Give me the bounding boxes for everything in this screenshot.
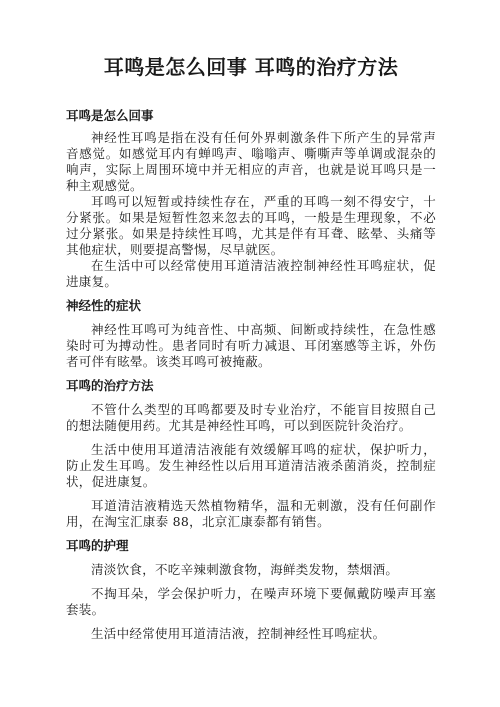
page-title: 耳鸣是怎么回事 耳鸣的治疗方法 bbox=[66, 54, 436, 80]
paragraph: 在生活中可以经常使用耳道清洁液控制神经性耳鸣症状，促进康复。 bbox=[66, 258, 436, 290]
paragraph: 耳道清洁液精选天然植物精华，温和无刺激，没有任何副作用，在淘宝汇康泰 88，北京… bbox=[66, 498, 436, 530]
section: 神经性的症状神经性耳鸣可为纯音性、中高频、间断或持续性，在急性感染时可为搏动性。… bbox=[66, 298, 436, 370]
section-heading: 耳鸣是怎么回事 bbox=[66, 108, 436, 124]
section-heading: 耳鸣的治疗方法 bbox=[66, 378, 436, 394]
section-heading: 耳鸣的护理 bbox=[66, 538, 436, 554]
document-content: 耳鸣是怎么回事神经性耳鸣是指在没有任何外界刺激条件下所产生的异常声音感觉。如感觉… bbox=[66, 108, 436, 642]
paragraph: 耳鸣可以短暂或持续性存在，严重的耳鸣一刻不得安宁，十分紧张。如果是短暂性忽来忽去… bbox=[66, 194, 436, 258]
paragraph: 生活中经常使用耳道清洁液，控制神经性耳鸣症状。 bbox=[66, 626, 436, 642]
section: 耳鸣的治疗方法不管什么类型的耳鸣都要及时专业治疗，不能盲目按照自己的想法随便用药… bbox=[66, 378, 436, 530]
paragraph: 清淡饮食，不吃辛辣刺激食物，海鲜类发物，禁烟酒。 bbox=[66, 562, 436, 578]
section: 耳鸣的护理清淡饮食，不吃辛辣刺激食物，海鲜类发物，禁烟酒。不掏耳朵，学会保护听力… bbox=[66, 538, 436, 642]
paragraph: 不掏耳朵，学会保护听力，在噪声环境下要佩戴防噪声耳塞套装。 bbox=[66, 586, 436, 618]
paragraph: 神经性耳鸣是指在没有任何外界刺激条件下所产生的异常声音感觉。如感觉耳内有蝉鸣声、… bbox=[66, 130, 436, 194]
paragraph: 生活中使用耳道清洁液能有效缓解耳鸣的症状，保护听力，防止发生耳鸣。发生神经性以后… bbox=[66, 442, 436, 490]
paragraph: 不管什么类型的耳鸣都要及时专业治疗，不能盲目按照自己的想法随便用药。尤其是神经性… bbox=[66, 402, 436, 434]
section-heading: 神经性的症状 bbox=[66, 298, 436, 314]
document-page: 耳鸣是怎么回事 耳鸣的治疗方法 耳鸣是怎么回事神经性耳鸣是指在没有任何外界刺激条… bbox=[0, 0, 500, 707]
paragraph: 神经性耳鸣可为纯音性、中高频、间断或持续性，在急性感染时可为搏动性。患者同时有听… bbox=[66, 322, 436, 370]
section: 耳鸣是怎么回事神经性耳鸣是指在没有任何外界刺激条件下所产生的异常声音感觉。如感觉… bbox=[66, 108, 436, 290]
